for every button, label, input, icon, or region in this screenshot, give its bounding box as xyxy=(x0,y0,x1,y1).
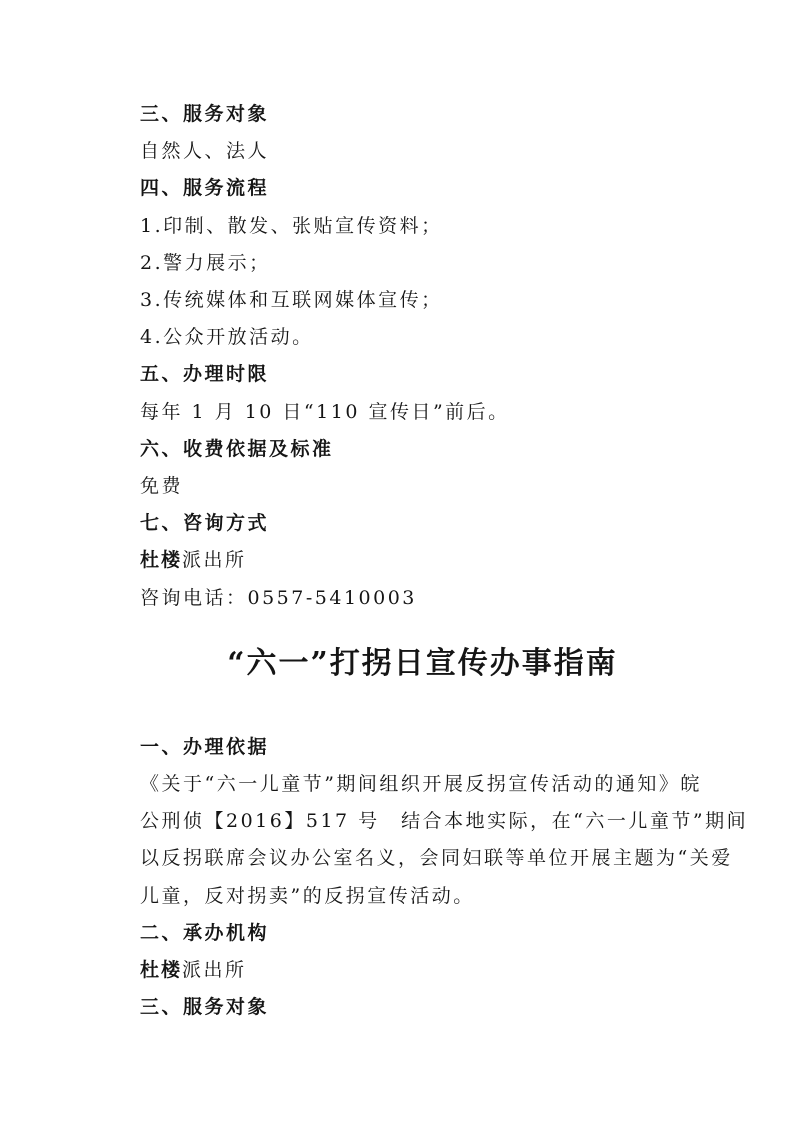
body-line: 自然人、法人 xyxy=(140,133,705,170)
body-line: 咨询电话：0557-5410003 xyxy=(140,580,705,617)
agency-name-bold: 杜楼 xyxy=(140,550,182,571)
agency-line: 杜楼派出所 xyxy=(140,542,705,579)
body-line: 《关于“六一儿童节”期间组织开展反拐宣传活动的通知》皖 xyxy=(140,766,705,803)
section-heading: 五、办理时限 xyxy=(140,356,705,393)
agency-name-rest: 派出所 xyxy=(182,549,247,571)
section-heading: 一、办理依据 xyxy=(140,729,705,766)
section-heading: 二、承办机构 xyxy=(140,915,705,952)
guide-title: “六一”打拐日宣传办事指南 xyxy=(140,642,705,686)
new-guide-section: 一、办理依据《关于“六一儿童节”期间组织开展反拐宣传活动的通知》皖公刑侦【201… xyxy=(140,729,705,1027)
body-line: 1.印制、散发、张贴宣传资料； xyxy=(140,208,705,245)
document-page: 三、服务对象自然人、法人四、服务流程1.印制、散发、张贴宣传资料；2.警力展示；… xyxy=(0,0,793,1122)
body-line: 4.公众开放活动。 xyxy=(140,319,705,356)
document-content: 三、服务对象自然人、法人四、服务流程1.印制、散发、张贴宣传资料；2.警力展示；… xyxy=(140,96,705,1026)
body-line: 3.传统媒体和互联网媒体宣传； xyxy=(140,282,705,319)
section-heading: 四、服务流程 xyxy=(140,170,705,207)
agency-line: 杜楼派出所 xyxy=(140,952,705,989)
body-line: 公刑侦【2016】517 号 结合本地实际，在“六一儿童节”期间 xyxy=(140,803,705,840)
body-line: 2.警力展示； xyxy=(140,245,705,282)
section-heading: 六、收费依据及标准 xyxy=(140,431,705,468)
section-heading: 七、咨询方式 xyxy=(140,505,705,542)
previous-guide-section: 三、服务对象自然人、法人四、服务流程1.印制、散发、张贴宣传资料；2.警力展示；… xyxy=(140,96,705,617)
section-heading: 三、服务对象 xyxy=(140,989,705,1026)
body-line: 免费 xyxy=(140,468,705,505)
body-line: 每年 1 月 10 日“110 宣传日”前后。 xyxy=(140,394,705,431)
agency-name-bold: 杜楼 xyxy=(140,960,182,981)
body-line: 儿童，反对拐卖”的反拐宣传活动。 xyxy=(140,878,705,915)
body-line: 以反拐联席会议办公室名义，会同妇联等单位开展主题为“关爱 xyxy=(140,840,705,877)
section-heading: 三、服务对象 xyxy=(140,96,705,133)
agency-name-rest: 派出所 xyxy=(182,959,247,981)
